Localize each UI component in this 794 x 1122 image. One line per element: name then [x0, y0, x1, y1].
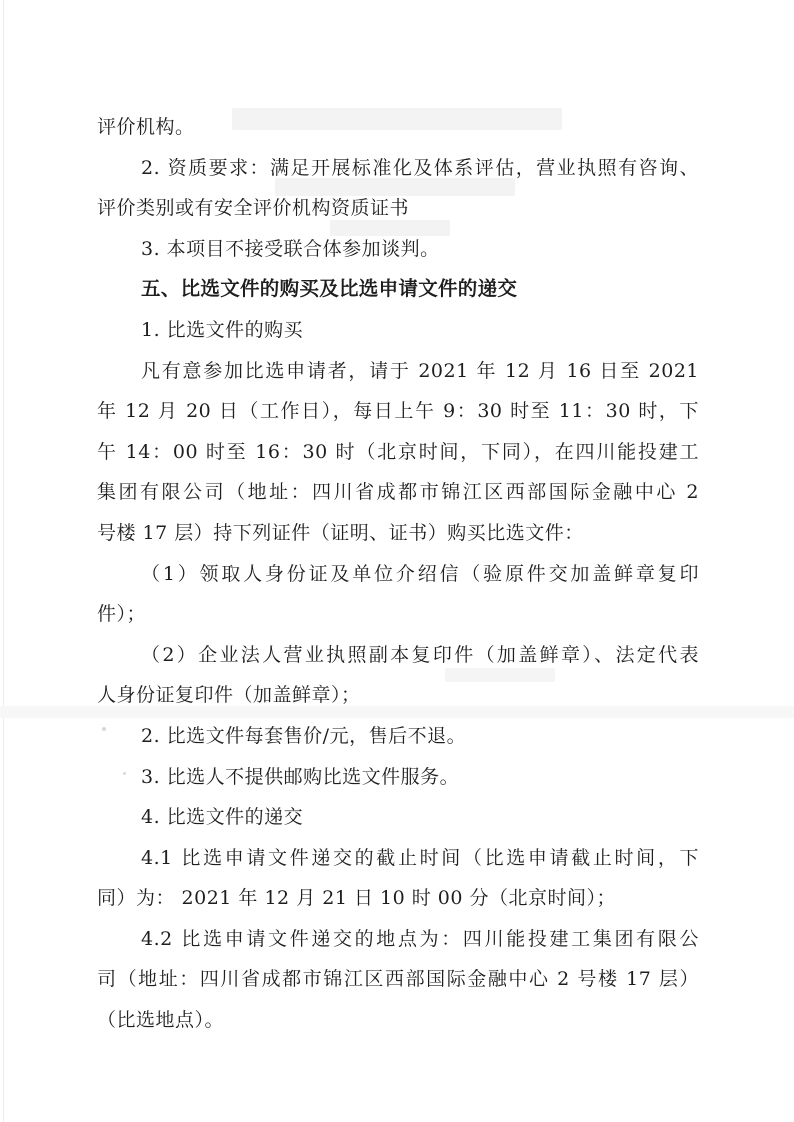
document-page: 评价机构。 2. 资质要求：满足开展标准化及体系评估，营业执照有咨询、 评价类别…	[0, 0, 794, 1122]
text-line: 3. 本项目不接受联合体参加谈判。	[97, 229, 699, 270]
text-line: 4.2 比选申请文件递交的地点为：四川能投建工集团有限公	[97, 919, 699, 960]
paragraph-purchase-details: 凡有意参加比选申请者，请于 2021 年 12 月 16 日至 2021 年 1…	[97, 351, 699, 554]
text-line: 年 12 月 20 日（工作日），每日上午 9：30 时至 11：30 时，下	[97, 391, 699, 432]
paragraph-continued: 评价机构。	[97, 107, 699, 148]
text-line: 号楼 17 层）持下列证件（证明、证书）购买比选文件：	[97, 513, 699, 554]
section-5-title: 五、比选文件的购买及比选申请文件的递交	[97, 269, 699, 310]
paragraph-submission-location: 4.2 比选申请文件递交的地点为：四川能投建工集团有限公 司（地址：四川省成都市…	[97, 919, 699, 1041]
text-line: 4.1 比选申请文件递交的截止时间（比选申请截止时间，下	[97, 838, 699, 879]
text-line: 人身份证复印件（加盖鲜章）；	[97, 675, 699, 716]
text-line: 件）；	[97, 594, 699, 635]
text-line: （比选地点）。	[97, 1000, 699, 1041]
text-line: 2. 比选文件每套售价/元，售后不退。	[97, 716, 699, 757]
text-line: 集团有限公司（地址：四川省成都市锦江区西部国际金融中心 2	[97, 472, 699, 513]
subsection-heading: 1. 比选文件的购买	[97, 310, 699, 351]
subsection-4-title: 4. 比选文件的递交	[97, 797, 699, 838]
scan-edge	[3, 0, 4, 1122]
text-line: 午 14：00 时至 16：30 时（北京时间，下同），在四川能投建工	[97, 432, 699, 473]
paragraph-no-mail-order: 3. 比选人不提供邮购比选文件服务。	[97, 757, 699, 798]
paragraph-no-consortium: 3. 本项目不接受联合体参加谈判。	[97, 229, 699, 270]
list-item-business-license: （2）企业法人营业执照副本复印件（加盖鲜章）、法定代表 人身份证复印件（加盖鲜章…	[97, 635, 699, 716]
subsection-heading: 4. 比选文件的递交	[97, 797, 699, 838]
section-heading: 五、比选文件的购买及比选申请文件的递交	[97, 269, 699, 310]
text-line: 凡有意参加比选申请者，请于 2021 年 12 月 16 日至 2021	[97, 351, 699, 392]
list-item-id-documents: （1）领取人身份证及单位介绍信（验原件交加盖鲜章复印 件）；	[97, 554, 699, 635]
document-body: 评价机构。 2. 资质要求：满足开展标准化及体系评估，营业执照有咨询、 评价类别…	[97, 107, 699, 1041]
text-line: 2. 资质要求：满足开展标准化及体系评估，营业执照有咨询、	[97, 148, 699, 189]
text-line: 同）为： 2021 年 12 月 21 日 10 时 00 分（北京时间）；	[97, 878, 699, 919]
text-line: （1）领取人身份证及单位介绍信（验原件交加盖鲜章复印	[97, 554, 699, 595]
text-line: 3. 比选人不提供邮购比选文件服务。	[97, 757, 699, 798]
text-line: 评价类别或有安全评价机构资质证书	[97, 188, 699, 229]
text-line: 司（地址：四川省成都市锦江区西部国际金融中心 2 号楼 17 层）	[97, 959, 699, 1000]
paragraph-price: 2. 比选文件每套售价/元，售后不退。	[97, 716, 699, 757]
paragraph-qualification-requirement: 2. 资质要求：满足开展标准化及体系评估，营业执照有咨询、 评价类别或有安全评价…	[97, 148, 699, 229]
subsection-1-title: 1. 比选文件的购买	[97, 310, 699, 351]
paragraph-submission-deadline: 4.1 比选申请文件递交的截止时间（比选申请截止时间，下 同）为： 2021 年…	[97, 838, 699, 919]
text-line: （2）企业法人营业执照副本复印件（加盖鲜章）、法定代表	[97, 635, 699, 676]
text-line: 评价机构。	[97, 107, 699, 148]
